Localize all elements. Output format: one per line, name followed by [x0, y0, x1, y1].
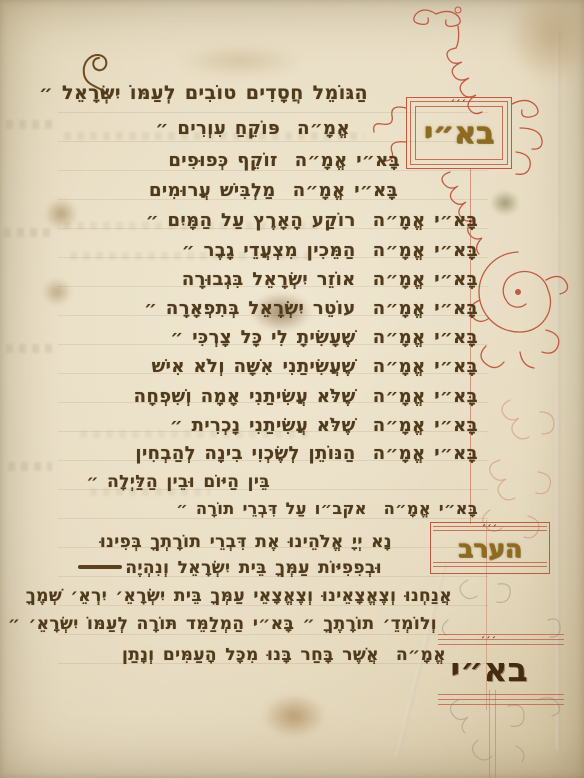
- blessing-line-07: בָּא״י אֱמָ״האוֹזֵר יִשְׂרָאֵל בִּגְבוּר…: [182, 269, 478, 290]
- ghost-showthrough: [4, 228, 56, 237]
- blessing-line-20: אֱמָ״האֲשֶׁר בָּחַר בָּנוּ מִכָּל הָעַמִ…: [122, 645, 446, 665]
- blessing-line-14: בֵּין הַיּוֹם וּבֵין הַלַּיְלָה ״: [86, 472, 270, 492]
- prayer-line-19: וְלוֹמְדֵ׳ תוֹרָתֶךָ ״ בָּא״י הַמְלַמֵּד…: [8, 614, 437, 634]
- parchment-stain: [262, 694, 326, 738]
- initial-word-panel-bottom: ׳׳׳ בא״י: [450, 640, 528, 698]
- line-filler-dash: [78, 565, 122, 569]
- initial-word: הערב: [458, 534, 522, 563]
- abbreviation-marks: ׳׳׳: [481, 634, 497, 645]
- ghost-showthrough: [8, 462, 52, 471]
- blessing-line-15: בָּא״י אֱמָ״האקב״ו עַל דִּבְרֵי תוֹרָה ״: [176, 499, 478, 518]
- abbreviation-marks: ׳׳׳: [451, 97, 467, 108]
- blessing-line-02: אֱמָ״הפּוֹקֵחַ עִוְרִים ״: [156, 118, 350, 139]
- parchment-stain: [42, 278, 72, 306]
- ghost-showthrough: [6, 120, 54, 129]
- blessing-line-03: בָּא״י אֱמָ״הזוֹקֵף כְּפוּפִים: [168, 150, 400, 171]
- blessing-line-12: בָּא״י אֱמָ״השֶׁלֹּא עֲשִׂיתַנִי נָכְרִי…: [170, 415, 478, 436]
- blessing-line-06: בָּא״י אֱמָ״ההַמֵּכִין מִצְעֲדֵי גָבֶר ״: [182, 240, 478, 261]
- blessing-line-11: בָּא״י אֱמָ״השֶׁלֹּא עֲשִׂיתַנִי אָמָה ו…: [134, 386, 478, 407]
- prayer-line-18: אֲנַחְנוּ וְצֶאֱצָאֵינוּ וְצֶאֱצָאֵי עַמ…: [26, 586, 452, 606]
- manuscript-page: ׳׳׳ בא״י ׳׳׳ הערב ׳׳׳ בא״י הַגּוֹמֵל חֲס…: [0, 0, 584, 778]
- blessing-line-04: בָּא״י אֱמָ״המַלְבִּישׁ עֲרוּמִים: [149, 180, 398, 201]
- blessing-line-08: בָּא״י אֱמָ״העוֹטֵר יִשְׂרָאֵל בְּתִפְאָ…: [144, 298, 478, 319]
- initial-word: בא״י: [424, 116, 494, 151]
- prayer-line-17: וּבְפִפִיּוֹת עַמְּךָ בֵּית יִשְׂרָאֵל ו…: [125, 558, 382, 578]
- blessing-line-09: בָּא״י אֱמָ״השֶׁעָשִׂיתָ לִי כָּל צָרְכִ…: [170, 327, 478, 348]
- prayer-line-16: נָא יְיָ אֱלֹהֵינוּ אֶת דִּבְרֵי תוֹרָתְ…: [100, 532, 392, 552]
- blessing-line-05: בָּא״י אֱמָ״הרוֹקַע הָאָרֶץ עַל הַמָּיִם…: [146, 210, 478, 231]
- blessing-line-13: בָּא״י אֱמָ״ההַנּוֹתֵן לְשֶׂכְוִי בִינָה…: [135, 443, 478, 464]
- abbreviation-marks: ׳׳׳: [482, 522, 498, 533]
- initial-word: בא״י: [450, 650, 527, 689]
- initial-word-panel-top: ׳׳׳ בא״י: [406, 97, 512, 169]
- initial-word-panel-haarev: ׳׳׳ הערב: [430, 522, 550, 574]
- blessing-line-01: הַגּוֹמֵל חֲסָדִים טוֹבִים לְעַמּוֹ יִשְ…: [39, 82, 368, 104]
- ghost-showthrough: [6, 344, 52, 353]
- parchment-stain: [180, 46, 300, 76]
- parchment-stain: [44, 198, 78, 230]
- blessing-line-10: בָּא״י אֱמָ״השֶׁעֲשִׂיתַנִי אִשָּׁה וְלֹ…: [152, 356, 478, 377]
